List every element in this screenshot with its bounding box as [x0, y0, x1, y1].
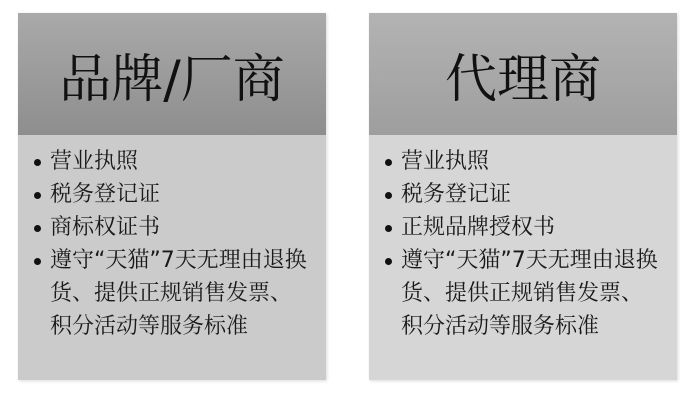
list-item: 商标权证书	[32, 211, 312, 244]
list-item: 遵守“天猫”7天无理由退换货、提供正规销售发票、积分活动等服务标准	[383, 244, 663, 343]
agent-card: 代理商 营业执照 税务登记证 正规品牌授权书 遵守“天猫”7天无理由退换货、提供…	[369, 13, 677, 380]
requirements-list-container: 营业执照 税务登记证 商标权证书 遵守“天猫”7天无理由退换货、提供正规销售发票…	[18, 135, 326, 380]
requirements-list: 营业执照 税务登记证 正规品牌授权书 遵守“天猫”7天无理由退换货、提供正规销售…	[383, 145, 663, 343]
list-item: 税务登记证	[32, 178, 312, 211]
card-title: 代理商	[369, 13, 677, 135]
brand-manufacturer-card: 品牌/厂商 营业执照 税务登记证 商标权证书 遵守“天猫”7天无理由退换货、提供…	[18, 13, 326, 380]
list-item: 营业执照	[383, 145, 663, 178]
list-item: 遵守“天猫”7天无理由退换货、提供正规销售发票、积分活动等服务标准	[32, 244, 312, 343]
list-item: 正规品牌授权书	[383, 211, 663, 244]
list-item: 营业执照	[32, 145, 312, 178]
card-title: 品牌/厂商	[18, 13, 326, 135]
requirements-list-container: 营业执照 税务登记证 正规品牌授权书 遵守“天猫”7天无理由退换货、提供正规销售…	[369, 135, 677, 380]
requirements-list: 营业执照 税务登记证 商标权证书 遵守“天猫”7天无理由退换货、提供正规销售发票…	[32, 145, 312, 343]
list-item: 税务登记证	[383, 178, 663, 211]
